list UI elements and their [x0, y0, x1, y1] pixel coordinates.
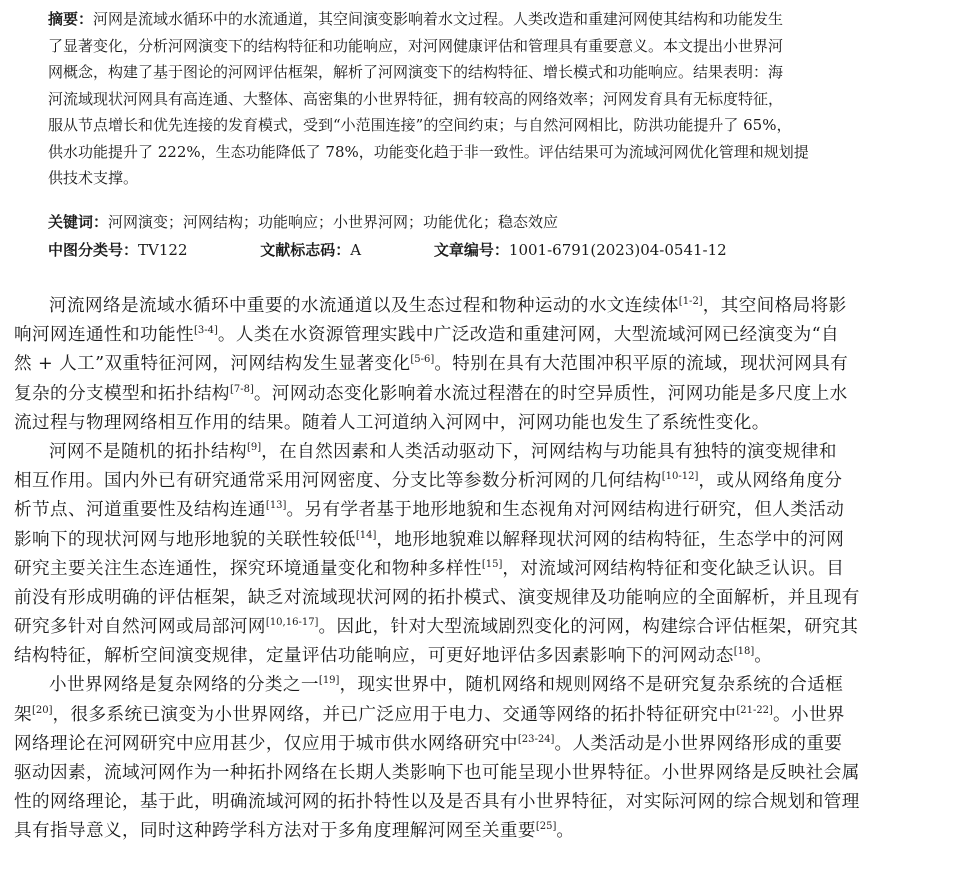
citation-reference[interactable]: [3-4] [194, 325, 218, 336]
body-text-run: 析节点、河道重要性及结构连通 [14, 500, 266, 520]
body-text-run: 具有指导意义，同时这种跨学科方法对于多角度理解河网至关重要 [14, 821, 536, 841]
paragraph-line: 驱动因素，流域河网作为一种拓扑网络在长期人类影响下也可能呈现小世界特征。小世界网… [14, 759, 954, 788]
paragraph-line: 相互作用。国内外已有研究通常采用河网密度、分支比等参数分析河网的几何结构[10-… [14, 467, 954, 496]
body-text-run: 结构特征，解析空间演变规律，定量评估功能响应，可更好地评估多因素影响下的河网动态 [14, 646, 734, 666]
body-text-run: 架 [14, 705, 32, 725]
body-text-run: 。人类在水资源管理实践中广泛改造和重建河网，大型流域河网已经演变为“自 [218, 325, 839, 345]
paragraph-line: 结构特征，解析空间演变规律，定量评估功能响应，可更好地评估多因素影响下的河网动态… [14, 642, 954, 671]
citation-reference[interactable]: [23-24] [518, 734, 555, 745]
citation-reference[interactable]: [19] [319, 675, 340, 686]
doc-code-value: A [350, 241, 361, 259]
citation-reference[interactable]: [21-22] [736, 705, 773, 716]
body-text-run: 研究多针对自然河网或局部河网 [14, 617, 266, 637]
paragraph-line: 影响下的现状河网与地形地貌的关联性较低[14]，地形地貌难以解释现状河网的结构特… [14, 526, 954, 555]
abstract-line: 供技术支撑。 [48, 165, 918, 192]
abstract-line: 摘要：河网是流域水循环中的水流通道，其空间演变影响着水文过程。人类改造和重建河网… [48, 6, 918, 33]
classification-line: 中图分类号：TV122 文献标志码：A 文章编号：1001-6791(2023)… [48, 236, 727, 264]
paragraph-line: 研究多针对自然河网或局部河网[10,16-17]。因此，针对大型流域剧烈变化的河… [14, 613, 954, 642]
body-text-run: 响河网连通性和功能性 [14, 325, 194, 345]
citation-reference[interactable]: [10-12] [662, 471, 699, 482]
abstract-section: 摘要：河网是流域水循环中的水流通道，其空间演变影响着水文过程。人类改造和重建河网… [48, 6, 918, 192]
paragraph-line: 前没有形成明确的评估框架，缺乏对流域现状河网的拓扑模式、演变规律及功能响应的全面… [14, 584, 954, 613]
body-text-run: 。特别在具有大范围冲积平原的流域，现状河网具有 [434, 354, 848, 374]
body-text-run: 相互作用。国内外已有研究通常采用河网密度、分支比等参数分析河网的几何结构 [14, 471, 662, 491]
body-text-run: 性的网络理论，基于此，明确流域河网的拓扑特性以及是否具有小世界特征，对实际河网的… [14, 792, 860, 812]
body-text: 河流网络是流域水循环中重要的水流通道以及生态过程和物种运动的水文连续体[1-2]… [14, 292, 954, 847]
body-text-run: 前没有形成明确的评估框架，缺乏对流域现状河网的拓扑模式、演变规律及功能响应的全面… [14, 588, 860, 608]
abstract-line: 服从节点增长和优先连接的发育模式，受到“小范围连接”的空间约束；与自然河网相比，… [48, 112, 918, 139]
paragraph-line: 复杂的分支模型和拓扑结构[7-8]。河网动态变化影响着水流过程潜在的时空异质性，… [14, 380, 954, 409]
abstract-line: 河流域现状河网具有高连通、大整体、高密集的小世界特征，拥有较高的网络效率；河网发… [48, 86, 918, 113]
abstract-text: 服从节点增长和优先连接的发育模式，受到“小范围连接”的空间约束；与自然河网相比，… [48, 116, 791, 134]
body-text-run: 复杂的分支模型和拓扑结构 [14, 384, 230, 404]
paragraph-line: 流过程与物理网络相互作用的结果。随着人工河道纳入河网中，河网功能也发生了系统性变… [14, 409, 954, 438]
keywords-value: 河网演变；河网结构；功能响应；小世界河网；功能优化；稳态效应 [108, 213, 558, 231]
abstract-text: 河网是流域水循环中的水流通道，其空间演变影响着水文过程。人类改造和重建河网使其结… [93, 10, 783, 28]
keywords-label: 关键词： [48, 213, 108, 231]
body-text-run: 。河网动态变化影响着水流过程潜在的时空异质性，河网功能是多尺度上水 [254, 384, 848, 404]
citation-reference[interactable]: [13] [266, 500, 287, 511]
body-text-run: 驱动因素，流域河网作为一种拓扑网络在长期人类影响下也可能呈现小世界特征。小世界网… [14, 763, 860, 783]
citation-reference[interactable]: [14] [356, 530, 377, 541]
doc-code-label: 文献标志码： [260, 241, 350, 259]
article-number-label: 文章编号： [434, 241, 509, 259]
body-text-run: 。另有学者基于地形地貌和生态视角对河网结构进行研究，但人类活动 [286, 500, 844, 520]
citation-reference[interactable]: [15] [482, 559, 503, 570]
body-text-run: ，对流域河网结构特征和变化缺乏认识。目 [502, 559, 844, 579]
paragraph-line: 性的网络理论，基于此，明确流域河网的拓扑特性以及是否具有小世界特征，对实际河网的… [14, 788, 954, 817]
body-text-run: 。 [556, 821, 574, 841]
body-text-run: ，在自然因素和人类活动驱动下，河网结构与功能具有独特的演变规律和 [261, 442, 837, 462]
body-text-run: ，很多系统已演变为小世界网络，并已广泛应用于电力、交通等网络的拓扑特征研究中 [53, 705, 737, 725]
abstract-text: 了显著变化，分析河网演变下的结构特征和功能响应，对河网健康评估和管理具有重要意义… [48, 37, 783, 55]
citation-reference[interactable]: [1-2] [679, 296, 703, 307]
body-text-run: ，地形地貌难以解释现状河网的结构特征，生态学中的河网 [376, 530, 844, 550]
body-text-run: 小世界网络是复杂网络的分类之一 [49, 675, 319, 695]
body-text-run: 河网不是随机的拓扑结构 [49, 442, 247, 462]
abstract-line: 网概念，构建了基于图论的河网评估框架，解析了河网演变下的结构特征、增长模式和功能… [48, 59, 918, 86]
citation-reference[interactable]: [10,16-17] [266, 617, 319, 628]
abstract-line: 了显著变化，分析河网演变下的结构特征和功能响应，对河网健康评估和管理具有重要意义… [48, 33, 918, 60]
abstract-text: 供技术支撑。 [48, 169, 138, 187]
abstract-text: 网概念，构建了基于图论的河网评估框架，解析了河网演变下的结构特征、增长模式和功能… [48, 63, 783, 81]
abstract-text: 供水功能提升了 222%，生态功能降低了 78%，功能变化趋于非一致性。评估结果… [48, 143, 809, 161]
paragraph-line: 然 + 人工”双重特征河网，河网结构发生显著变化[5-6]。特别在具有大范围冲积… [14, 350, 954, 379]
body-text-run: 河流网络是流域水循环中重要的水流通道以及生态过程和物种运动的水文连续体 [49, 296, 679, 316]
paragraph-line: 架[20]，很多系统已演变为小世界网络，并已广泛应用于电力、交通等网络的拓扑特征… [14, 701, 954, 730]
paragraph-line: 响河网连通性和功能性[3-4]。人类在水资源管理实践中广泛改造和重建河网，大型流… [14, 321, 954, 350]
citation-reference[interactable]: [5-6] [410, 354, 434, 365]
body-text-run: 。小世界 [773, 705, 845, 725]
body-text-run: ，或从网络角度分 [698, 471, 842, 491]
keywords-line: 关键词：河网演变；河网结构；功能响应；小世界河网；功能优化；稳态效应 [48, 208, 727, 236]
citation-reference[interactable]: [20] [32, 705, 53, 716]
body-text-run: 网络理论在河网研究中应用甚少，仅应用于城市供水网络研究中 [14, 734, 518, 754]
article-number-value: 1001-6791(2023)04-0541-12 [509, 241, 727, 259]
clc-value: TV122 [138, 241, 187, 259]
paragraph-line: 析节点、河道重要性及结构连通[13]。另有学者基于地形地貌和生态视角对河网结构进… [14, 496, 954, 525]
paragraph-first-line: 河流网络是流域水循环中重要的水流通道以及生态过程和物种运动的水文连续体[1-2]… [14, 292, 954, 321]
body-text-run: ，其空间格局将影 [703, 296, 847, 316]
paragraph-line: 网络理论在河网研究中应用甚少，仅应用于城市供水网络研究中[23-24]。人类活动… [14, 730, 954, 759]
citation-reference[interactable]: [9] [247, 442, 261, 453]
paragraph-first-line: 河网不是随机的拓扑结构[9]，在自然因素和人类活动驱动下，河网结构与功能具有独特… [14, 438, 954, 467]
body-text-run: 。人类活动是小世界网络形成的重要 [554, 734, 842, 754]
article-metadata: 关键词：河网演变；河网结构；功能响应；小世界河网；功能优化；稳态效应 中图分类号… [48, 208, 727, 264]
body-text-run: 流过程与物理网络相互作用的结果。随着人工河道纳入河网中，河网功能也发生了系统性变… [14, 413, 770, 433]
body-text-run: 然 + 人工”双重特征河网，河网结构发生显著变化 [14, 354, 410, 374]
body-text-run: 。因此，针对大型流域剧烈变化的河网，构建综合评估框架，研究其 [318, 617, 858, 637]
paragraph-first-line: 小世界网络是复杂网络的分类之一[19]，现实世界中，随机网络和规则网络不是研究复… [14, 671, 954, 700]
abstract-label: 摘要： [48, 10, 93, 28]
abstract-text: 河流域现状河网具有高连通、大整体、高密集的小世界特征，拥有较高的网络效率；河网发… [48, 90, 783, 108]
paragraph-line: 研究主要关注生态连通性，探究环境通量变化和物种多样性[15]，对流域河网结构特征… [14, 555, 954, 584]
body-text-run: 。 [754, 646, 772, 666]
citation-reference[interactable]: [7-8] [230, 384, 254, 395]
citation-reference[interactable]: [18] [734, 646, 755, 657]
paragraph-line: 具有指导意义，同时这种跨学科方法对于多角度理解河网至关重要[25]。 [14, 817, 954, 846]
body-text-run: 影响下的现状河网与地形地貌的关联性较低 [14, 530, 356, 550]
citation-reference[interactable]: [25] [536, 821, 557, 832]
body-text-run: 研究主要关注生态连通性，探究环境通量变化和物种多样性 [14, 559, 482, 579]
clc-label: 中图分类号： [48, 241, 138, 259]
body-text-run: ，现实世界中，随机网络和规则网络不是研究复杂系统的合适框 [339, 675, 843, 695]
abstract-line: 供水功能提升了 222%，生态功能降低了 78%，功能变化趋于非一致性。评估结果… [48, 139, 918, 166]
